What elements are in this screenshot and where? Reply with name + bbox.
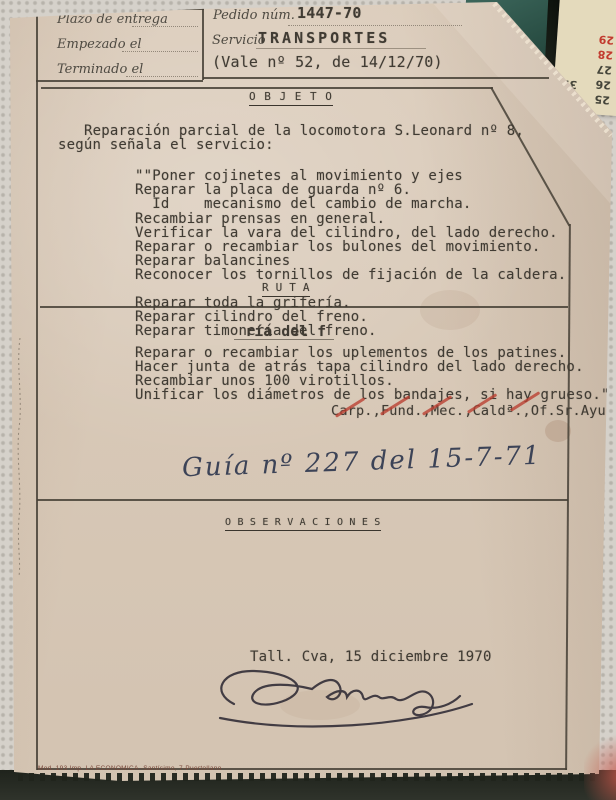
intro-line: según señala el servicio: xyxy=(58,138,524,152)
work-item: Unificar los diámetros de los bandajes, … xyxy=(135,388,616,402)
calendar-number: 27 xyxy=(596,62,612,78)
objeto-intro: Reparación parcial de la locomotora S.Le… xyxy=(58,124,524,152)
work-item: Recambiar prensas en general. xyxy=(135,212,566,226)
calendar-number: 26 xyxy=(595,77,611,93)
blank-line xyxy=(288,24,462,26)
margin-scrawl xyxy=(13,338,27,578)
form-line-header-divider xyxy=(202,7,204,80)
printer-imprint: Mod. 193 Imp. LA ECONOMICA.-Santísimo, 7… xyxy=(38,765,222,772)
work-item: Id mecanismo del cambio de marcha. xyxy=(135,197,566,211)
value-servicio: TRANSPORTES xyxy=(258,29,390,47)
objeto-heading: O B J E T O xyxy=(249,90,333,106)
work-item: Reparar timonería del freno. xyxy=(135,324,616,338)
red-fabric-corner xyxy=(584,730,616,800)
form-line-header-bottom-left xyxy=(36,80,203,82)
form-line-left-border xyxy=(36,8,38,770)
blank-line xyxy=(126,75,198,77)
work-item: Verificar la vara del cilindro, del lado… xyxy=(135,226,566,240)
value-vale-line: (Vale nº 52, de 14/12/70) xyxy=(212,53,443,71)
handwritten-signature xyxy=(200,658,500,736)
calendar-number-red: 28 xyxy=(597,47,613,63)
departments-line: Carp.,Fund.,Mec.,Caldª.,Of.Sr.Ayuda xyxy=(331,403,616,419)
overtype-underline xyxy=(234,339,334,340)
work-item: Reconocer los tornillos de fijación de l… xyxy=(135,268,566,282)
work-item: Reparar o recambiar los uplementos de lo… xyxy=(135,346,616,360)
form-line-objeto-box-top xyxy=(41,87,493,89)
form-line-header-bottom-right xyxy=(203,77,549,79)
form-line-observaciones-top xyxy=(37,499,568,501)
calendar-number-red: 29 xyxy=(598,32,614,48)
photo-of-document: 25 26 27 28 29 30 31 xyxy=(0,0,616,800)
calendar-number: 25 xyxy=(594,92,610,108)
bottom-perforated-edge xyxy=(18,773,596,781)
label-pedido-num: Pedido núm. xyxy=(213,8,295,23)
objeto-items-ruta: Reparar toda la grifería. Reparar cilind… xyxy=(135,296,616,402)
objeto-items: ""Poner cojinetes al movimiento y ejes R… xyxy=(135,169,566,283)
work-item: Reparar o recambiar los bulones del movi… xyxy=(135,240,566,254)
document-paper: Plazo de entrega Empezado el Terminado e… xyxy=(0,0,616,800)
handwritten-guia-note: Guía nº 227 del 15-7-71 xyxy=(182,441,542,484)
observaciones-heading: O B S E R V A C I O N E S xyxy=(225,517,381,531)
work-item: Hacer junta de atrás tapa cilindro del l… xyxy=(135,360,616,374)
value-pedido-num: 1447-70 xyxy=(297,4,362,22)
blank-line xyxy=(132,25,198,27)
blank-line xyxy=(122,50,198,52)
underline-servicio xyxy=(256,48,426,49)
work-item: Recambiar unos 100 virotillos. xyxy=(135,374,616,388)
overtyped-text: ría del f xyxy=(245,324,326,340)
calendar-column-days: 25 26 27 28 29 xyxy=(594,32,615,108)
